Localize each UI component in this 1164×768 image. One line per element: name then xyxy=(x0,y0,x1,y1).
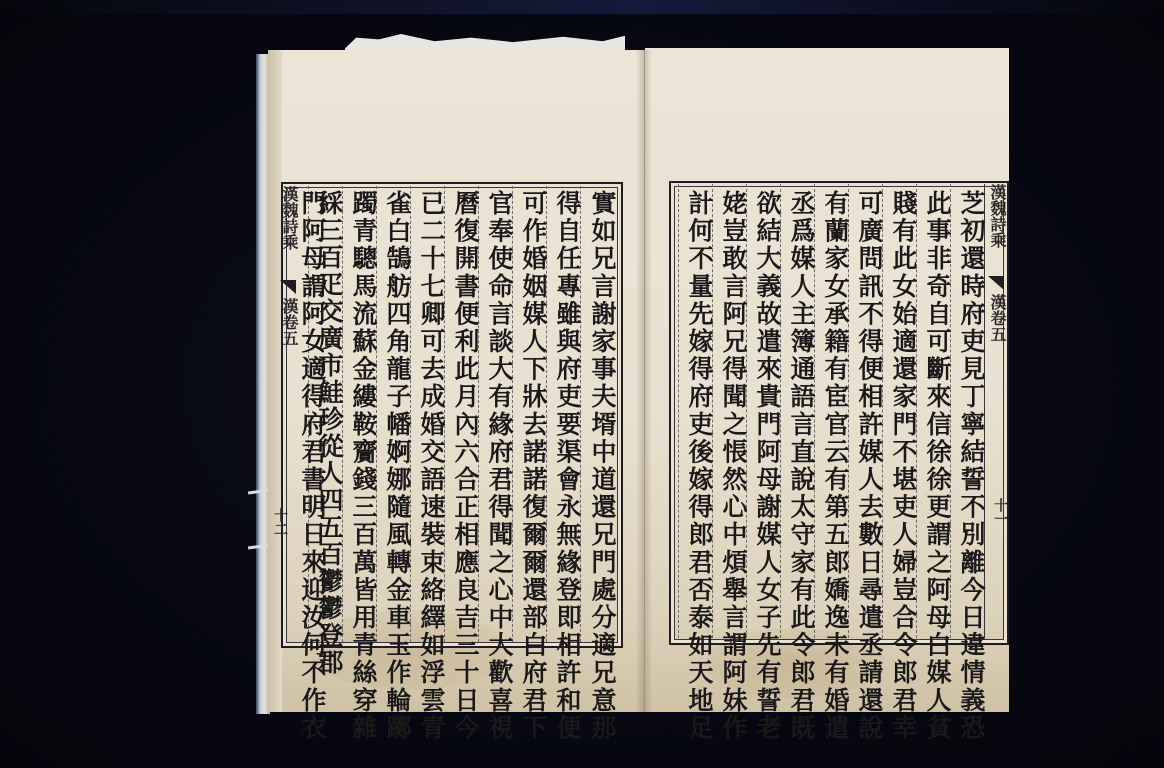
text-column: 姥豈敢言阿兄得聞之悵然心中煩舉言謂阿妹作 xyxy=(717,190,749,742)
text-column: 已二十七卿可去成婚交語速裝束絡繹如浮雲青 xyxy=(415,190,447,742)
text-column: 曆復開書便利此月內六合正相應良吉三十日今 xyxy=(449,190,481,742)
text-column: 欲結大義故遣來貴門阿母謝媒人女子先有誓老 xyxy=(751,190,783,742)
text-column: 有蘭家女承籍有宦官云有第五郎嬌逸未有婚遣 xyxy=(819,190,851,742)
right-margin-volume: 漢卷五 xyxy=(988,294,1006,342)
open-book: 漢魏詩乘 漢卷五 十二 實如兄言謝家事夫壻中道還兄門處分適兄意那 得自任專雖與府… xyxy=(0,0,1164,768)
text-column: 雀白鵠舫四角龍子幡婀娜隨風轉金車玉作輪躑 xyxy=(381,190,413,742)
column-rule xyxy=(678,184,679,638)
left-folio-number: 十二 xyxy=(270,508,290,536)
gutter-shadow xyxy=(636,50,652,712)
text-column: 得自任專雖與府吏要渠會永無緣登即相許和便 xyxy=(551,190,583,742)
text-column: 門阿母謂阿女適得府君書明日來迎汝何不作衣 xyxy=(296,190,328,742)
text-column: 丞爲媒人主簿通語言直說太守家有此令郎君既 xyxy=(785,190,817,742)
text-column: 可作婚姻媒人下牀去諾諾復爾爾還部白府君下 xyxy=(517,190,549,742)
text-column: 此事非奇自可斷來信徐徐更謂之阿母白媒人貧 xyxy=(921,190,953,742)
text-column: 躅青驄馬流蘇金縷鞍齎錢三百萬皆用青絲穿雜 xyxy=(347,190,379,742)
right-margin-title: 漢魏詩乘 xyxy=(988,184,1006,248)
text-column: 計何不量先嫁得府吏後嫁得郎君否泰如天地足 xyxy=(683,190,715,742)
text-column: 芝初還時府吏見丁寧結誓不別離今日違情義恐 xyxy=(955,190,987,742)
right-folio-number: 十一 xyxy=(990,498,1010,526)
text-column: 官奉使命言談大有緣府君得聞之心中大歡喜視 xyxy=(483,190,515,742)
text-column: 賤有此女始適還家門不堪吏人婦豈合令郎君幸 xyxy=(887,190,919,742)
text-column: 可廣問訊不得便相許媒人去數日尋遣丞請還說 xyxy=(853,190,885,742)
text-column: 實如兄言謝家事夫壻中道還兄門處分適兄意那 xyxy=(586,190,618,742)
